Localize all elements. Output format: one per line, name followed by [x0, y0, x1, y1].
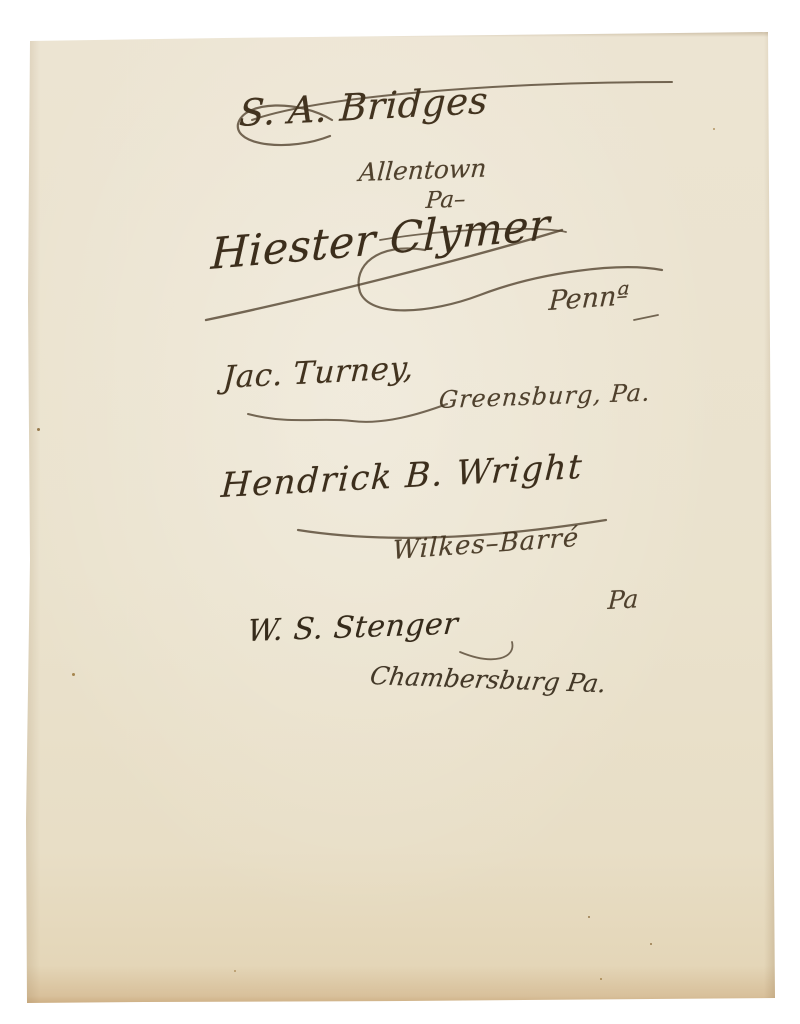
album-page-paper: S. A. Bridges Allentown Pa– Hiester Clym…	[24, 30, 776, 1005]
signature-name-stenger: W. S. Stenger	[246, 607, 460, 649]
signature-name-clymer: Hiester Clymer	[210, 200, 551, 280]
penna-underline-stroke	[634, 315, 658, 320]
signature-name-bridges: S. A. Bridges	[238, 79, 489, 135]
signature-location-wright-state: Pa	[607, 584, 639, 615]
signature-name-turney: Jac. Turney,	[222, 350, 415, 396]
signature-location-clymer-state: Pennª	[548, 280, 630, 317]
signature-location-bridges-city: Allentown	[358, 153, 488, 187]
foxing-speck	[588, 916, 590, 918]
foxing-speck	[72, 673, 75, 676]
foxing-speck	[234, 970, 236, 972]
scanned-autograph-page: S. A. Bridges Allentown Pa– Hiester Clym…	[0, 0, 800, 1024]
foxing-speck	[37, 428, 40, 431]
signature-location-turney-city-state: Greensburg, Pa.	[438, 379, 652, 414]
foxing-speck	[713, 128, 715, 130]
signature-location-stenger-city-state: Chambersburg Pa.	[368, 661, 608, 698]
foxing-speck	[650, 943, 652, 945]
stenger-tail-stroke	[460, 642, 512, 659]
turney-underline-stroke	[248, 404, 447, 422]
signature-name-wright: Hendrick B. Wright	[220, 447, 584, 506]
foxing-speck	[600, 978, 602, 980]
signature-location-wright-city: Wilkes–Barré	[392, 523, 580, 566]
